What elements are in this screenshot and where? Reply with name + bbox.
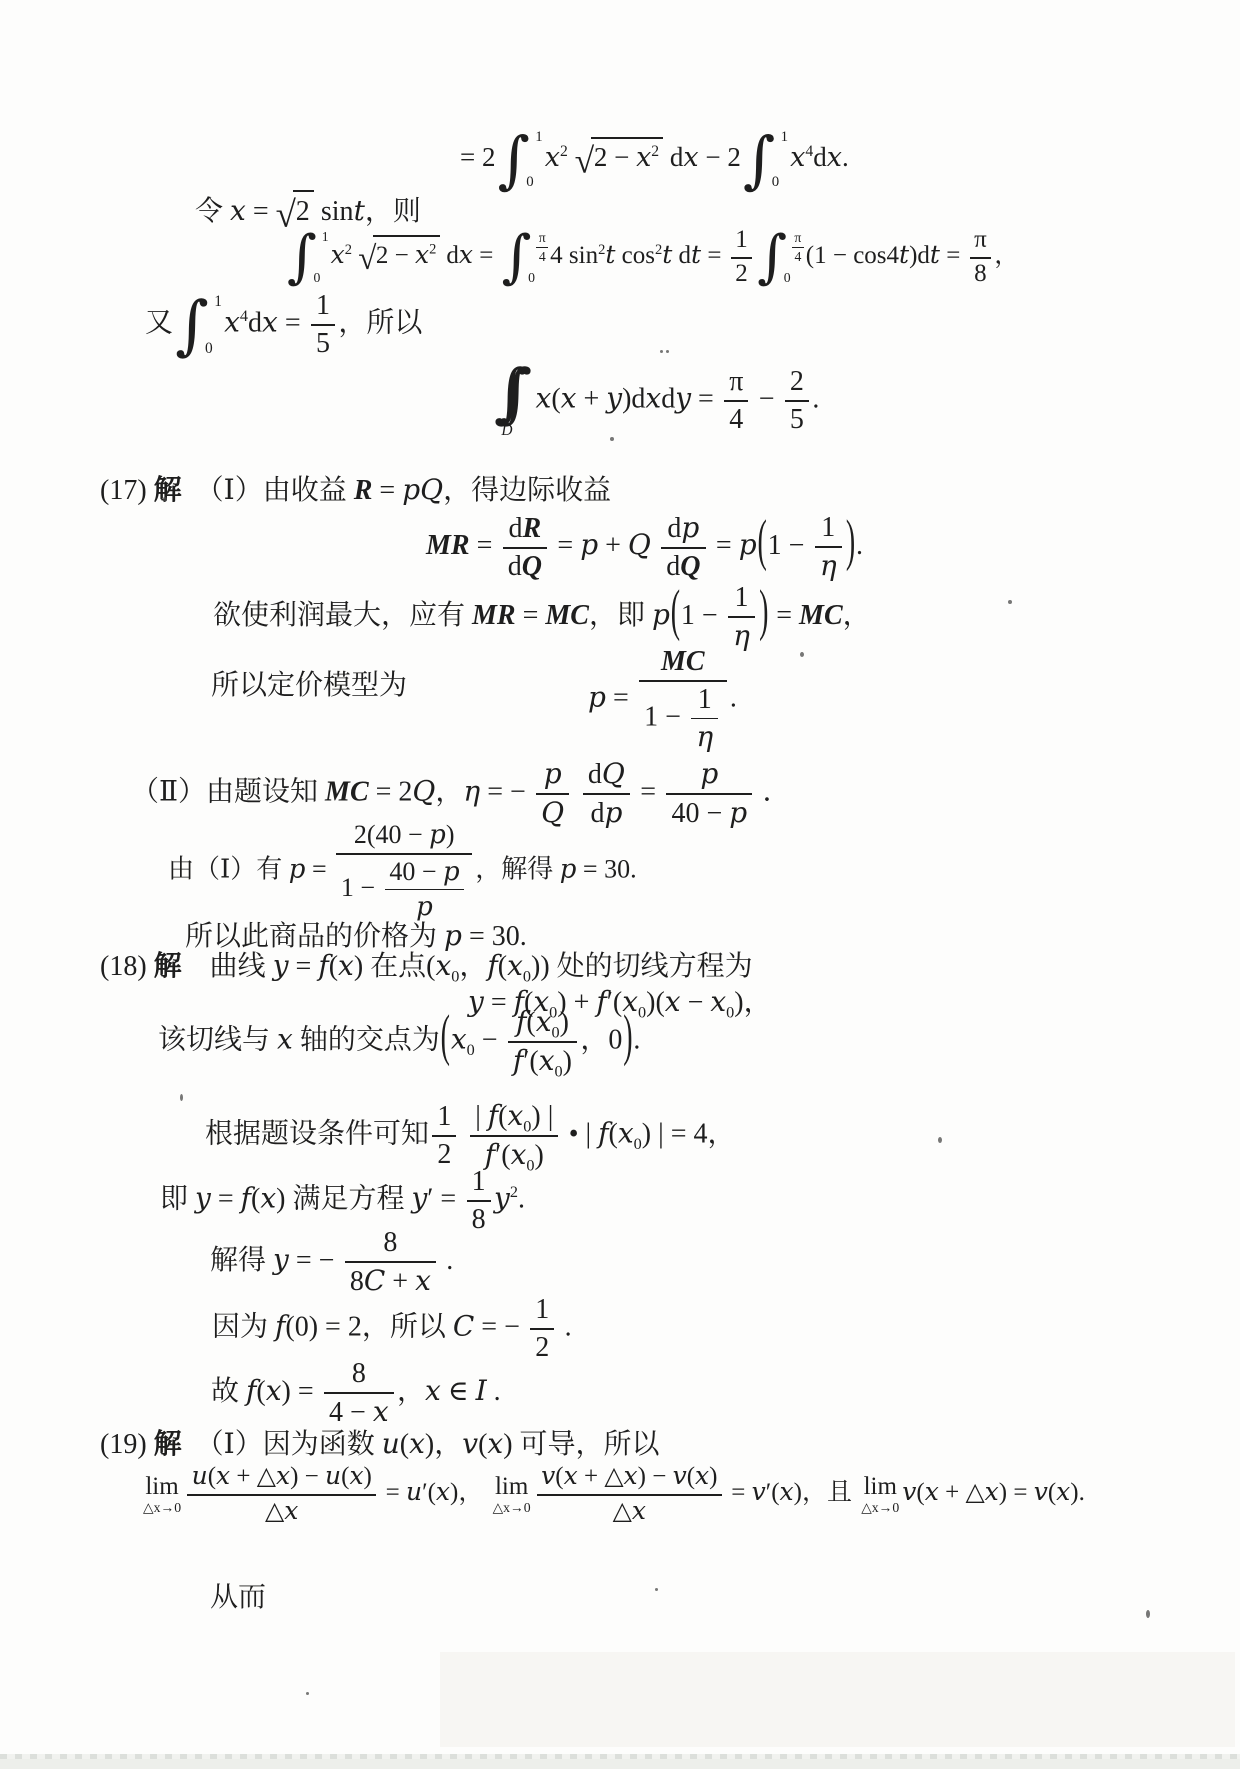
line-pricing-model-label: 所以定价模型为 xyxy=(211,668,407,703)
text-run: 40 − xyxy=(671,798,729,829)
fraction: π4 xyxy=(724,366,748,436)
integral: ∫10 xyxy=(175,294,222,356)
text-run: = xyxy=(473,242,500,269)
radicand: 2 − x2 xyxy=(373,235,440,271)
text-run: 由（Ⅰ）有 xyxy=(168,854,289,883)
denominator: △x xyxy=(537,1496,722,1528)
denominator: η xyxy=(691,719,718,754)
text-run: ) 在点( xyxy=(354,951,436,982)
text-run: △ xyxy=(613,1498,632,1525)
text-run: 从而 xyxy=(210,1582,266,1613)
integral-domain: D xyxy=(501,423,512,438)
text-run: 即 xyxy=(160,1184,195,1215)
line-eq-final-function: 故 f(x) = 84 − x，x ∈ I . xyxy=(211,1358,501,1429)
text-run: 2 xyxy=(790,366,804,397)
fraction: 15 xyxy=(311,290,335,360)
math-variable: y xyxy=(411,1182,427,1215)
text-run: 2(40 − xyxy=(354,820,429,849)
line-q17-part1-intro: (17) 解 （Ⅰ）由收益 R = pQ，得边际收益 xyxy=(100,472,611,508)
fraction: 12 xyxy=(731,226,753,289)
fraction: 1η xyxy=(728,582,755,653)
fraction: π4 xyxy=(536,230,548,265)
line-eq-double-integral-result: ∫∫Dx(x + y)dxdy = π4 − 25. xyxy=(494,363,819,439)
math-variable: x xyxy=(780,1477,794,1506)
text-run: + △ xyxy=(939,1479,985,1506)
text-run: . xyxy=(558,1312,572,1343)
text-run: = 30. xyxy=(576,854,636,883)
denominator: f′(x0) xyxy=(508,1043,577,1078)
text-run: 1 − xyxy=(768,530,812,561)
text-run: 1 xyxy=(535,1294,549,1325)
text-run: 4 xyxy=(539,249,546,264)
fraction: 84 − x xyxy=(324,1358,394,1429)
math-variable: x xyxy=(536,1005,552,1038)
text-run: 4 sin xyxy=(550,242,598,269)
numerator: v(x + △x) − v(x) xyxy=(537,1462,722,1496)
double-integral-sign-icon: ∫∫ xyxy=(494,363,532,424)
math-variable: v xyxy=(752,1477,766,1506)
math-variable: x xyxy=(645,381,661,414)
text-run: ，即 xyxy=(589,600,652,631)
text-run: + xyxy=(598,530,628,561)
text-run: = xyxy=(278,308,308,339)
bold-math-variable: Q xyxy=(522,551,542,582)
numerator: dQ xyxy=(583,758,630,795)
lower-limit: 0 xyxy=(314,271,329,285)
denominator: 5 xyxy=(311,326,335,360)
fraction: | f(x0) |f′(x0) xyxy=(470,1100,558,1172)
text-run: )， xyxy=(425,1429,462,1460)
math-variable: C xyxy=(364,1264,385,1297)
math-variable: f xyxy=(246,1374,256,1407)
math-variable: x xyxy=(827,142,842,173)
denominator: 4 xyxy=(536,248,548,265)
text-run: ) 可导，所以 xyxy=(503,1429,659,1460)
text-run: . xyxy=(487,1376,501,1407)
math-variable: x xyxy=(415,240,429,269)
double-integral: ∫∫D xyxy=(494,363,532,439)
text-run: （Ⅰ）由收益 xyxy=(182,475,354,506)
limit-label: lim xyxy=(495,1474,528,1499)
numerator: 1 xyxy=(691,684,718,719)
math-variable: C xyxy=(453,1310,474,1343)
math-variable: u xyxy=(325,1461,341,1490)
integral-limits: 10 xyxy=(318,230,329,285)
scan-speck xyxy=(306,1692,309,1695)
line-eq-condition: 根据题设条件可知12 | f(x0) |f′(x0) • | f(x0) | =… xyxy=(205,1100,736,1172)
math-variable: t xyxy=(899,240,909,269)
text-run: = xyxy=(289,951,319,982)
math-variable: u xyxy=(382,1427,400,1460)
math-variable: y xyxy=(195,1182,211,1215)
math-variable: x xyxy=(1056,1477,1070,1506)
math-variable: x xyxy=(561,381,577,414)
line-eq-x4-integral: 又∫10x4dx = 15，所以 xyxy=(145,290,422,360)
text-run: . xyxy=(633,1025,640,1056)
text-run: sin xyxy=(314,196,354,227)
text-run: )， xyxy=(450,1479,490,1506)
math-variable: f xyxy=(513,1044,523,1077)
math-variable: x xyxy=(230,194,246,227)
text-run: ( xyxy=(609,1119,618,1150)
integral-sign-icon: ∫ xyxy=(287,230,317,285)
line-eq-initial-condition: 因为 f(0) = 2，所以 C = − 12 . xyxy=(212,1294,572,1364)
text-run: + △ xyxy=(230,1463,276,1490)
text-run: d xyxy=(813,142,827,172)
math-variable: η xyxy=(820,549,837,582)
text-run: 2 xyxy=(535,1332,549,1363)
subscript: 0 xyxy=(523,968,531,986)
math-variable: x xyxy=(925,1477,939,1506)
math-variable: x xyxy=(262,306,278,339)
bold-math-variable: MR xyxy=(426,530,470,561)
numerator: 1 xyxy=(311,290,335,326)
limit: lim△x→0 xyxy=(493,1474,531,1515)
numerator: π xyxy=(792,230,804,248)
text-run: = xyxy=(516,600,546,631)
bold-math-variable: MC xyxy=(325,777,369,808)
math-variable: f xyxy=(318,949,328,982)
text-run: cos xyxy=(615,242,655,269)
bold-text: 解 xyxy=(154,951,182,982)
scan-speck xyxy=(1008,600,1012,604)
math-variable: y xyxy=(675,381,691,414)
text-run: (17) xyxy=(100,475,154,506)
bold-math-variable: R xyxy=(523,513,542,544)
math-variable: p xyxy=(681,511,699,544)
fraction: π8 xyxy=(970,226,992,289)
math-variable: x xyxy=(710,985,726,1018)
text-run: = xyxy=(701,242,728,269)
text-run: = xyxy=(633,777,663,808)
text-run: )( xyxy=(646,987,665,1018)
big-paren: ( xyxy=(441,1000,450,1072)
integral-sign-icon: ∫ xyxy=(175,295,209,356)
integral: ∫10 xyxy=(498,130,543,189)
text-run: 8 xyxy=(352,1358,366,1389)
text-run: ( xyxy=(400,1429,409,1460)
scan-speck xyxy=(180,1094,183,1101)
text-run: )d xyxy=(622,383,645,414)
limit-subscript: △x→0 xyxy=(861,1501,899,1515)
math-variable: p xyxy=(652,598,670,631)
denominator: △x xyxy=(187,1496,376,1528)
fraction: 25 xyxy=(785,366,809,436)
math-variable: Q xyxy=(412,775,435,808)
denominator: 4 xyxy=(724,402,748,436)
fraction: π4 xyxy=(792,230,804,265)
text-run: ) | xyxy=(531,1101,553,1132)
text-run: ) xyxy=(709,1463,717,1490)
scan-speck xyxy=(655,1588,658,1591)
text-run: ， xyxy=(397,1376,425,1407)
math-variable: Q xyxy=(602,757,625,790)
line-eq-solve-price: 由（Ⅰ）有 p = 2(40 − p)1 − 40 − pp，解得 p = 30… xyxy=(168,820,637,923)
upper-limit: 1 xyxy=(535,130,542,145)
math-variable: x xyxy=(459,240,473,269)
fraction: MC1 − 1η xyxy=(639,646,726,754)
math-variable: u xyxy=(192,1461,208,1490)
text-run: ′( xyxy=(766,1479,780,1506)
text-run: d xyxy=(672,242,691,269)
line-eq-derivative-limits: lim△x→0u(x + △x) − u(x)△x = u′(x)， lim△x… xyxy=(140,1462,1085,1527)
upper-limit: π4 xyxy=(792,230,804,265)
lower-limit: 0 xyxy=(205,341,222,356)
text-run: ( xyxy=(329,951,338,982)
scanned-solution-page: = 2∫10x2 √2 − x2 dx − 2∫10x4dx. 令 x = √2… xyxy=(0,0,1240,1769)
text-run: 欲使利润最大，应有 xyxy=(213,600,472,631)
denominator: 4 xyxy=(792,248,804,265)
math-variable: v xyxy=(1034,1477,1048,1506)
integral: ∫π40 xyxy=(502,230,549,285)
fraction: 12 xyxy=(432,1101,456,1171)
scan-edge-strip xyxy=(0,1759,1240,1769)
denominator: 5 xyxy=(785,402,809,436)
scan-speck xyxy=(800,652,804,657)
line-eq-trig-substitution: ∫10x2 √2 − x2 dx = ∫π404 sin2t cos2t dt … xyxy=(285,226,1019,289)
math-variable: t xyxy=(662,240,672,269)
text-run: ) − xyxy=(638,1463,673,1490)
lower-limit: 0 xyxy=(526,175,542,190)
math-variable: u xyxy=(406,1477,422,1506)
text-run: )d xyxy=(909,242,930,269)
numerator: 1 xyxy=(728,582,755,618)
text-run: ∈ xyxy=(441,1376,476,1407)
scan-shadow-rect xyxy=(440,1652,1235,1747)
text-run: 1 xyxy=(821,512,835,543)
text-run: = xyxy=(470,530,500,561)
math-variable: x xyxy=(790,142,805,173)
text-run: (0) = 2，所以 xyxy=(285,1312,452,1343)
limit: lim△x→0 xyxy=(143,1474,181,1515)
line-q18-intro: (18) 解 曲线 y = f(x) 在点(x0，f(x0)) 处的切线方程为 xyxy=(100,948,753,984)
fraction: u(x + △x) − u(x)△x xyxy=(187,1462,376,1527)
math-variable: f xyxy=(275,1310,285,1343)
math-variable: Q xyxy=(420,473,443,506)
big-paren: ( xyxy=(671,576,680,648)
numerator: 2(40 − p) xyxy=(336,820,472,855)
text-run: ( xyxy=(687,1463,695,1490)
math-variable: x xyxy=(436,1477,450,1506)
fraction: dRdQ xyxy=(503,513,547,583)
numerator: 1 xyxy=(815,512,842,548)
bold-math-variable: R xyxy=(354,475,373,506)
text-run: （Ⅱ）由题设知 xyxy=(131,777,325,808)
text-run: ) xyxy=(563,1046,572,1077)
text-run: = 2 xyxy=(369,777,413,808)
math-variable: v xyxy=(902,1477,916,1506)
numerator: 8 xyxy=(324,1358,394,1394)
text-run: ( xyxy=(551,383,560,414)
math-variable: p xyxy=(544,757,562,790)
bold-math-variable: MC xyxy=(799,600,843,631)
text-run: 5 xyxy=(316,328,330,359)
numerator: dp xyxy=(661,512,705,549)
math-variable: x xyxy=(435,949,451,982)
integral-sign-icon: ∫ xyxy=(498,130,530,189)
limit-subscript: △x→0 xyxy=(493,1501,531,1515)
text-run: . xyxy=(730,683,737,714)
text-run: ， xyxy=(435,777,463,808)
math-variable: p xyxy=(739,528,757,561)
line-eq-area-integral-split: = 2∫10x2 √2 − x2 dx − 2∫10x4dx. xyxy=(460,130,849,189)
line-q19-intro: (19) 解 （Ⅰ）因为函数 u(x)，v(x) 可导，所以 xyxy=(100,1426,660,1462)
text-run: 1 xyxy=(735,226,748,253)
text-run: 1 xyxy=(781,129,788,145)
upper-limit: 1 xyxy=(322,230,329,244)
math-variable: x xyxy=(216,1461,230,1490)
text-run: d xyxy=(508,551,522,582)
line-conclusion-congruence: 从而 xyxy=(210,1580,266,1615)
text-run: (18) xyxy=(100,951,154,982)
text-run: 4 − xyxy=(329,1397,373,1428)
integral-limits: π40 xyxy=(532,230,548,285)
limit: lim△x→0 xyxy=(861,1474,899,1515)
numerator: MC xyxy=(639,646,726,682)
text-run: 0 xyxy=(784,270,791,285)
integral-limits: π40 xyxy=(788,230,804,285)
integral-sign-icon: ∫ xyxy=(743,130,775,189)
math-variable: p xyxy=(700,757,718,790)
math-variable: t xyxy=(691,240,701,269)
math-variable: t xyxy=(930,240,940,269)
text-run: = xyxy=(550,530,580,561)
text-run: 0 xyxy=(314,270,321,285)
numerator: u(x + △x) − u(x) xyxy=(187,1462,376,1496)
text-run: 令 xyxy=(195,196,230,227)
text-run: 0 xyxy=(528,270,535,285)
text-run: ( xyxy=(256,1376,265,1407)
superscript: 2 xyxy=(560,143,568,160)
integral-limits: 10 xyxy=(210,294,222,356)
text-run: = − xyxy=(474,1312,527,1343)
text-run: d xyxy=(440,242,459,269)
math-variable: p xyxy=(289,854,306,884)
math-variable: p xyxy=(402,473,420,506)
denominator: dQ xyxy=(661,549,705,583)
scan-speck xyxy=(163,497,167,501)
numerator: p xyxy=(536,758,569,795)
math-variable: v xyxy=(462,1427,478,1460)
text-run: d xyxy=(661,383,675,414)
text-run: 8 xyxy=(383,1227,397,1258)
text-run: ) | = 4， xyxy=(642,1119,736,1150)
text-run: d xyxy=(667,513,681,544)
lower-limit: 0 xyxy=(784,271,804,285)
math-variable: x xyxy=(260,1182,276,1215)
upper-limit: 1 xyxy=(214,294,222,309)
math-variable: x xyxy=(508,1099,524,1132)
math-variable: x xyxy=(415,1264,431,1297)
math-variable: f xyxy=(241,1182,251,1215)
denominator: 1 − 1η xyxy=(639,682,726,754)
math-variable: v xyxy=(541,1461,555,1490)
text-run: 所以定价模型为 xyxy=(211,670,407,701)
text-run: | xyxy=(475,1101,488,1132)
upper-limit: π4 xyxy=(536,230,548,265)
subscript: 0 xyxy=(555,1063,563,1081)
text-run: = xyxy=(305,854,333,883)
scan-speck xyxy=(610,437,614,441)
limit-label: lim xyxy=(145,1474,178,1499)
big-paren: ( xyxy=(757,506,766,578)
integral-sign-icon: ∫ xyxy=(757,230,787,285)
text-run: ) xyxy=(534,1140,543,1171)
text-run: ，解得 xyxy=(475,854,560,883)
text-run: = − xyxy=(289,1245,342,1276)
scan-speck xyxy=(666,350,669,353)
big-paren: ) xyxy=(759,576,768,648)
line-eq-profit-max-condition: 欲使利润最大，应有 MR = MC，即 p(1 − 1η) = MC， xyxy=(213,582,871,653)
superscript: 2 xyxy=(651,143,659,160)
numerator: p xyxy=(666,758,752,795)
math-variable: x xyxy=(373,1395,389,1428)
integral-limits: 10 xyxy=(531,130,543,189)
line-eq-pricing-model: p = MC1 − 1η. xyxy=(588,646,737,754)
numerator: π xyxy=(536,230,548,248)
limit-subscript: △x→0 xyxy=(143,1501,181,1515)
text-run: . xyxy=(856,530,863,561)
denominator: η xyxy=(815,548,842,583)
math-variable: x xyxy=(276,1461,290,1490)
text-run: 8 xyxy=(350,1266,364,1297)
text-run: ( xyxy=(498,951,507,982)
radicand: 2 − x2 xyxy=(591,137,663,175)
math-variable: x xyxy=(665,985,681,1018)
text-run xyxy=(460,1119,467,1150)
math-variable: x xyxy=(349,1461,363,1490)
text-run: 2 xyxy=(735,260,748,287)
fraction: dpdQ xyxy=(661,512,705,583)
numerator: π xyxy=(724,366,748,402)
text-run: ( xyxy=(498,1101,507,1132)
denominator: dQ xyxy=(503,549,547,583)
text-run: = xyxy=(769,600,799,631)
subscript: 0 xyxy=(634,1135,642,1153)
fraction: 40 − pp xyxy=(385,857,465,923)
text-run: = 2 xyxy=(460,142,495,172)
text-run: )，且 xyxy=(794,1479,859,1506)
text-run: ， xyxy=(994,242,1019,269)
math-variable: y xyxy=(606,381,622,414)
text-run: ． xyxy=(756,777,791,808)
math-variable: I xyxy=(476,1374,487,1407)
numerator: f(x0) xyxy=(508,1006,577,1043)
text-run: ) − xyxy=(290,1463,325,1490)
fraction: p40 − p xyxy=(666,758,752,830)
scan-speck xyxy=(1146,1610,1150,1618)
text-run: ′ = xyxy=(427,1184,463,1215)
big-paren: ) xyxy=(846,506,855,578)
text-run: （Ⅰ）因为函数 xyxy=(182,1429,382,1460)
math-variable: f xyxy=(516,1005,526,1038)
text-run: = xyxy=(709,530,739,561)
line-eq-marginal-revenue: MR = dRdQ = p + Q dpdQ = p(1 − 1η). xyxy=(426,512,863,583)
text-run: 1 xyxy=(472,1166,486,1197)
text-run: 4 xyxy=(794,249,801,264)
text-run: ，所以 xyxy=(338,308,422,339)
text-run: 1 xyxy=(322,229,329,244)
numerator: 1 xyxy=(530,1294,554,1330)
math-variable: p xyxy=(588,681,606,714)
text-run: ′( xyxy=(422,1479,436,1506)
superscript: 2 xyxy=(429,242,436,258)
line-eq-general-solution: 解得 y = − 88C + x . xyxy=(210,1227,453,1298)
subscript: 0 xyxy=(467,1041,475,1059)
upper-limit: 1 xyxy=(781,130,788,145)
text-run: = xyxy=(725,1479,752,1506)
bold-math-variable: MC xyxy=(661,646,705,677)
